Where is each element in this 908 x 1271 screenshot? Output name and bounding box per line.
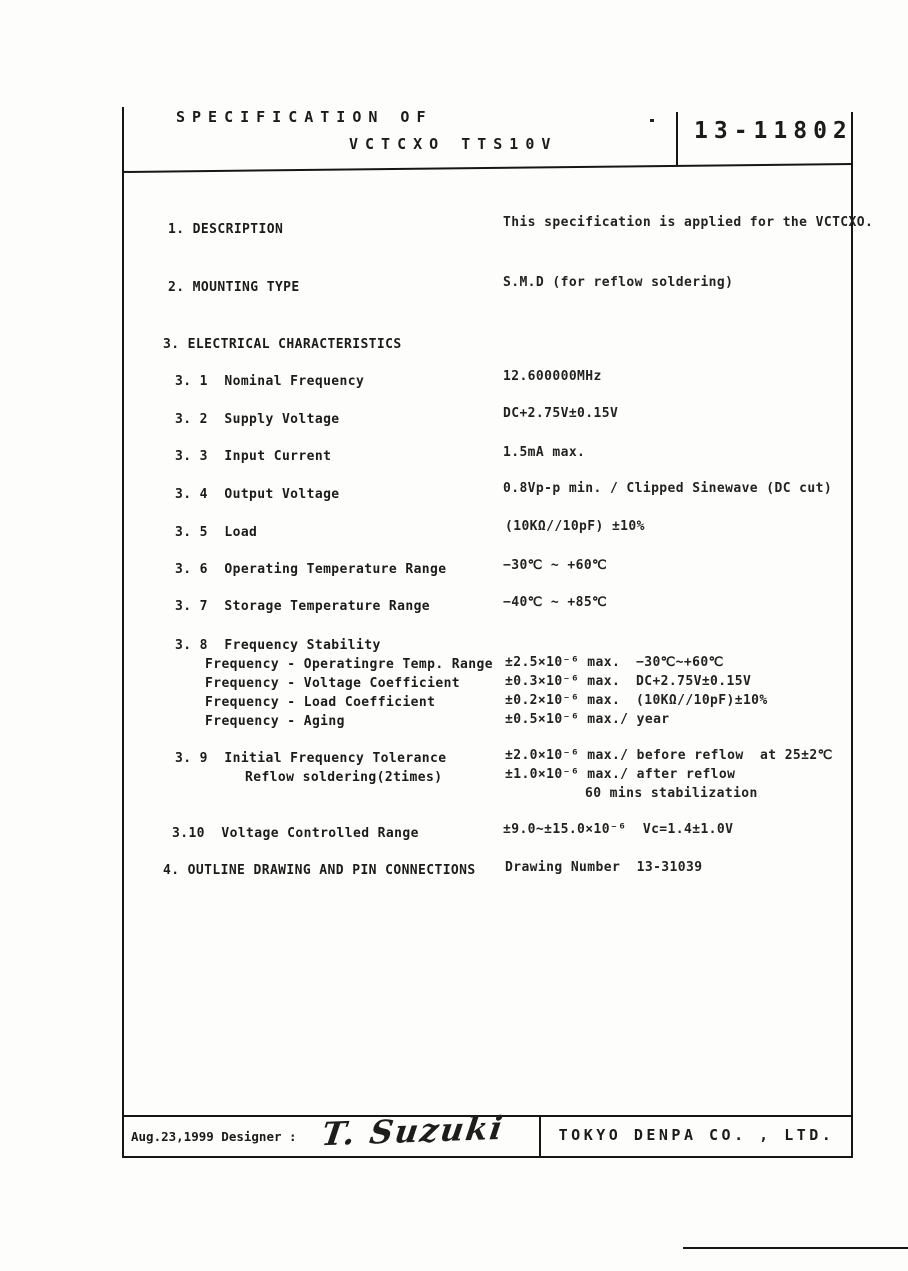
tolerance-label2: Reflow soldering(2times): [245, 770, 442, 785]
section-outline-value: Drawing Number 13-31039: [505, 860, 702, 875]
spec-value: 0.8Vp-p min. / Clipped Sinewave (DC cut): [503, 481, 832, 496]
border-right: [851, 112, 853, 1158]
spec-label: 3. 1 Nominal Frequency: [175, 374, 364, 389]
spec-label: 3. 6 Operating Temperature Range: [175, 562, 446, 577]
header-rule: [122, 163, 853, 173]
footer-date-designer: Aug.23,1999 Designer :: [131, 1129, 297, 1144]
doc-number-box-left: [676, 112, 678, 166]
section-description-label: 1. DESCRIPTION: [168, 222, 283, 237]
document-subtitle: VCTCXO TTS10V: [349, 135, 557, 153]
company-name: TOKYO DENPA CO. , LTD.: [541, 1126, 852, 1144]
stability-value: ±0.3×10⁻⁶ max.: [505, 674, 636, 689]
stability-row-label: Frequency - Operatingre Temp. Range: [205, 657, 493, 672]
spec-value: 12.600000MHz: [503, 369, 602, 384]
spec-label: 3. 3 Input Current: [175, 449, 331, 464]
document-title: SPECIFICATION OF: [176, 108, 433, 126]
stability-row-value: ±0.5×10⁻⁶ max./ year: [505, 712, 670, 727]
spec-value: −40℃ ~ +85℃: [503, 595, 607, 610]
stability-value: ±0.5×10⁻⁶ max./ year: [505, 712, 670, 727]
tolerance-value3: 60 mins stabilization: [585, 786, 758, 801]
section-description-value: This specification is applied for the VC…: [503, 215, 873, 230]
spec-label: 3. 2 Supply Voltage: [175, 412, 340, 427]
stability-row-label: Frequency - Aging: [205, 714, 345, 729]
scan-artifact-line: [683, 1247, 908, 1249]
spec-value: 1.5mA max.: [503, 445, 585, 460]
stability-row-value: ±0.2×10⁻⁶ max.(10KΩ//10pF)±10%: [505, 693, 768, 708]
spec-value: DC+2.75V±0.15V: [503, 406, 618, 421]
spec-value: (10KΩ//10pF) ±10%: [505, 519, 645, 534]
tolerance-value1: ±2.0×10⁻⁶ max./ before reflow at 25±2℃: [505, 748, 833, 763]
section-electrical-heading: 3. ELECTRICAL CHARACTERISTICS: [163, 337, 402, 352]
document-number: 13-11802: [694, 118, 853, 144]
border-left: [122, 107, 124, 1158]
tolerance-value2: ±1.0×10⁻⁶ max./ after reflow: [505, 767, 735, 782]
stability-value: ±2.5×10⁻⁶ max.: [505, 655, 636, 670]
scan-speck: [650, 119, 654, 122]
section-outline-label: 4. OUTLINE DRAWING AND PIN CONNECTIONS: [163, 863, 476, 878]
tolerance-label: 3. 9 Initial Frequency Tolerance: [175, 751, 446, 766]
footer-bottom-rule: [122, 1156, 853, 1158]
spec-label: 3. 4 Output Voltage: [175, 487, 340, 502]
stability-value: ±0.2×10⁻⁶ max.: [505, 693, 636, 708]
spec-value: −30℃ ~ +60℃: [503, 558, 607, 573]
section-mounting-value: S.M.D (for reflow soldering): [503, 275, 733, 290]
spec-label: 3. 7 Storage Temperature Range: [175, 599, 430, 614]
vcr-value: ±9.0~±15.0×10⁻⁶ Vc=1.4±1.0V: [503, 822, 733, 837]
stability-condition: DC+2.75V±0.15V: [636, 674, 751, 689]
document-page: SPECIFICATION OF VCTCXO TTS10V 13-11802 …: [0, 0, 908, 1271]
stability-row-value: ±2.5×10⁻⁶ max.−30℃~+60℃: [505, 655, 724, 670]
stability-heading: 3. 8 Frequency Stability: [175, 638, 381, 653]
section-mounting-label: 2. MOUNTING TYPE: [168, 280, 300, 295]
stability-row-label: Frequency - Voltage Coefficient: [205, 676, 460, 691]
designer-signature: T. Suzuki: [319, 1109, 506, 1154]
stability-row-value: ±0.3×10⁻⁶ max.DC+2.75V±0.15V: [505, 674, 751, 689]
stability-condition: −30℃~+60℃: [636, 655, 724, 670]
stability-condition: (10KΩ//10pF)±10%: [636, 693, 768, 708]
spec-label: 3. 5 Load: [175, 525, 257, 540]
stability-row-label: Frequency - Load Coefficient: [205, 695, 435, 710]
vcr-label: 3.10 Voltage Controlled Range: [172, 826, 419, 841]
